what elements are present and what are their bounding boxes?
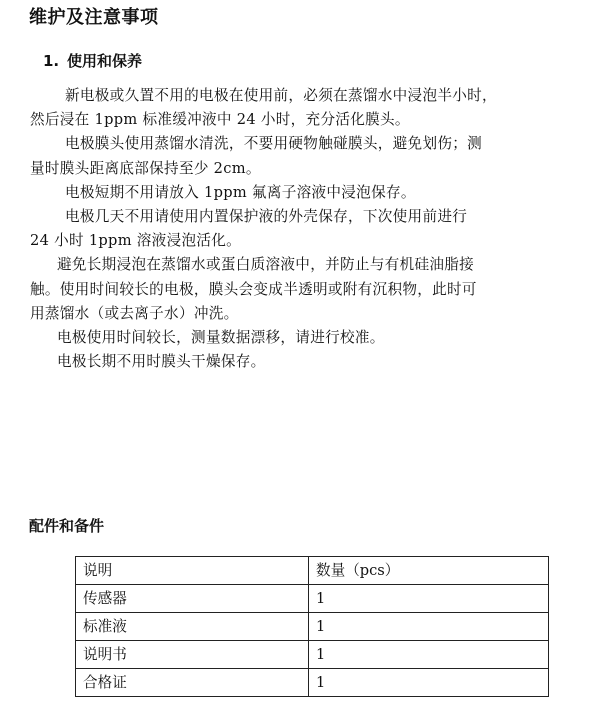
- paragraph-line: 量时膜头距离底部保持至少 2cm。: [30, 157, 580, 181]
- table-row: 传感器 1: [76, 585, 549, 613]
- paragraph-line: 电极长期不用时膜头干燥保存。: [30, 350, 580, 374]
- section-number: 1.: [43, 50, 67, 72]
- table-cell-item: 传感器: [76, 585, 309, 613]
- paragraph-line: 然后浸在 1ppm 标准缓冲液中 24 小时，充分活化膜头。: [30, 108, 580, 132]
- paragraph-line: 电极膜头使用蒸馏水清洗，不要用硬物触碰膜头，避免划伤；测: [30, 132, 580, 156]
- paragraph-line: 电极短期不用请放入 1ppm 氟离子溶液中浸泡保存。: [30, 181, 580, 205]
- section-heading-text: 使用和保养: [67, 52, 142, 70]
- paragraph-line: 用蒸馏水（或去离子水）冲洗。: [30, 302, 580, 326]
- section-heading-usage-maintenance: 1.使用和保养: [43, 50, 142, 72]
- table-cell-qty: 1: [309, 641, 549, 669]
- table-header-row: 说明 数量（pcs）: [76, 557, 549, 585]
- usage-maintenance-body: 新电极或久置不用的电极在使用前，必须在蒸馏水中浸泡半小时， 然后浸在 1ppm …: [30, 84, 580, 374]
- accessories-table: 说明 数量（pcs） 传感器 1 标准液 1 说明书 1 合格证 1: [75, 556, 549, 697]
- table-cell-item: 标准液: [76, 613, 309, 641]
- table-row: 标准液 1: [76, 613, 549, 641]
- table-cell-qty: 1: [309, 613, 549, 641]
- table-cell-qty: 1: [309, 585, 549, 613]
- header-cell-quantity: 数量（pcs）: [309, 557, 549, 585]
- paragraph-line: 电极使用时间较长，测量数据漂移，请进行校准。: [30, 326, 580, 350]
- document-title: 维护及注意事项: [29, 6, 159, 30]
- paragraph-line: 触。使用时间较长的电极，膜头会变成半透明或附有沉积物，此时可: [30, 278, 580, 302]
- table-row: 合格证 1: [76, 669, 549, 697]
- header-cell-description: 说明: [76, 557, 309, 585]
- paragraph-line: 电极几天不用请使用内置保护液的外壳保存，下次使用前进行: [30, 205, 580, 229]
- paragraph-line: 新电极或久置不用的电极在使用前，必须在蒸馏水中浸泡半小时，: [30, 84, 580, 108]
- table-cell-qty: 1: [309, 669, 549, 697]
- table-row: 说明书 1: [76, 641, 549, 669]
- table-cell-item: 合格证: [76, 669, 309, 697]
- section-heading-accessories: 配件和备件: [29, 515, 104, 537]
- table-cell-item: 说明书: [76, 641, 309, 669]
- paragraph-line: 避免长期浸泡在蒸馏水或蛋白质溶液中，并防止与有机硅油脂接: [30, 253, 580, 277]
- paragraph-line: 24 小时 1ppm 溶液浸泡活化。: [30, 229, 580, 253]
